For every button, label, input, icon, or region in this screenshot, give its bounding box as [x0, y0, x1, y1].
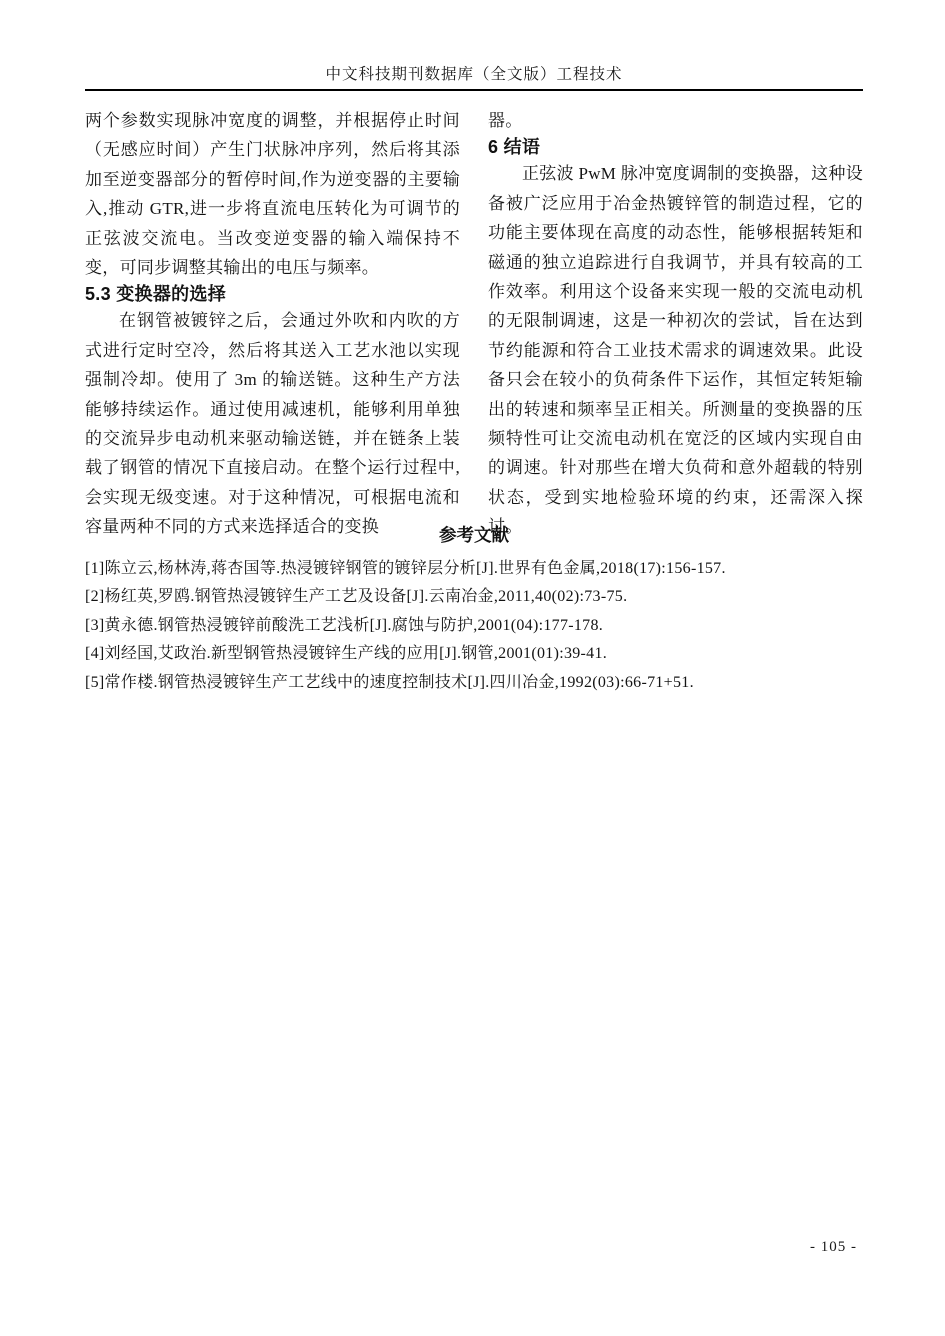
paragraph-conclusion: 正弦波 PwM 脉冲宽度调制的变换器，这种设备被广泛应用于冶金热镀锌管的制造过程… [488, 159, 863, 541]
reference-item-5: [5]常作楼.钢管热浸镀锌生产工艺线中的速度控制技术[J].四川冶金,1992(… [85, 669, 863, 697]
left-column: 两个参数实现脉冲宽度的调整，并根据停止时间（无感应时间）产生门状脉冲序列，然后将… [85, 106, 460, 542]
journal-page: 中文科技期刊数据库（全文版）工程技术 两个参数实现脉冲宽度的调整，并根据停止时间… [0, 0, 945, 1336]
section-heading-6: 6 结语 [488, 135, 863, 159]
paragraph-converter-selection: 在钢管被镀锌之后，会通过外吹和内吹的方式进行定时空冷，然后将其送入工艺水池以实现… [85, 306, 460, 541]
page-number: - 105 - [810, 1239, 857, 1256]
reference-item-1: [1]陈立云,杨林涛,蒋杏国等.热浸镀锌钢管的镀锌层分析[J].世界有色金属,2… [85, 555, 863, 583]
references-section: 参考文献 [1]陈立云,杨林涛,蒋杏国等.热浸镀锌钢管的镀锌层分析[J].世界有… [85, 524, 863, 697]
reference-item-2: [2]杨红英,罗鸥.钢管热浸镀锌生产工艺及设备[J].云南冶金,2011,40(… [85, 583, 863, 611]
section-heading-5-3: 5.3 变换器的选择 [85, 282, 460, 306]
reference-item-3: [3]黄永德.钢管热浸镀锌前酸洗工艺浅析[J].腐蚀与防护,2001(04):1… [85, 612, 863, 640]
right-column: 器。 6 结语 正弦波 PwM 脉冲宽度调制的变换器，这种设备被广泛应用于冶金热… [488, 106, 863, 542]
references-heading: 参考文献 [85, 524, 863, 546]
paragraph-pulse-width: 两个参数实现脉冲宽度的调整，并根据停止时间（无感应时间）产生门状脉冲序列，然后将… [85, 106, 460, 282]
paragraph-continuation: 器。 [488, 106, 863, 135]
reference-item-4: [4]刘经国,艾政治.新型钢管热浸镀锌生产线的应用[J].钢管,2001(01)… [85, 640, 863, 668]
article-body: 两个参数实现脉冲宽度的调整，并根据停止时间（无感应时间）产生门状脉冲序列，然后将… [85, 106, 863, 542]
journal-header: 中文科技期刊数据库（全文版）工程技术 [85, 62, 863, 84]
header-divider-rule [85, 89, 863, 91]
